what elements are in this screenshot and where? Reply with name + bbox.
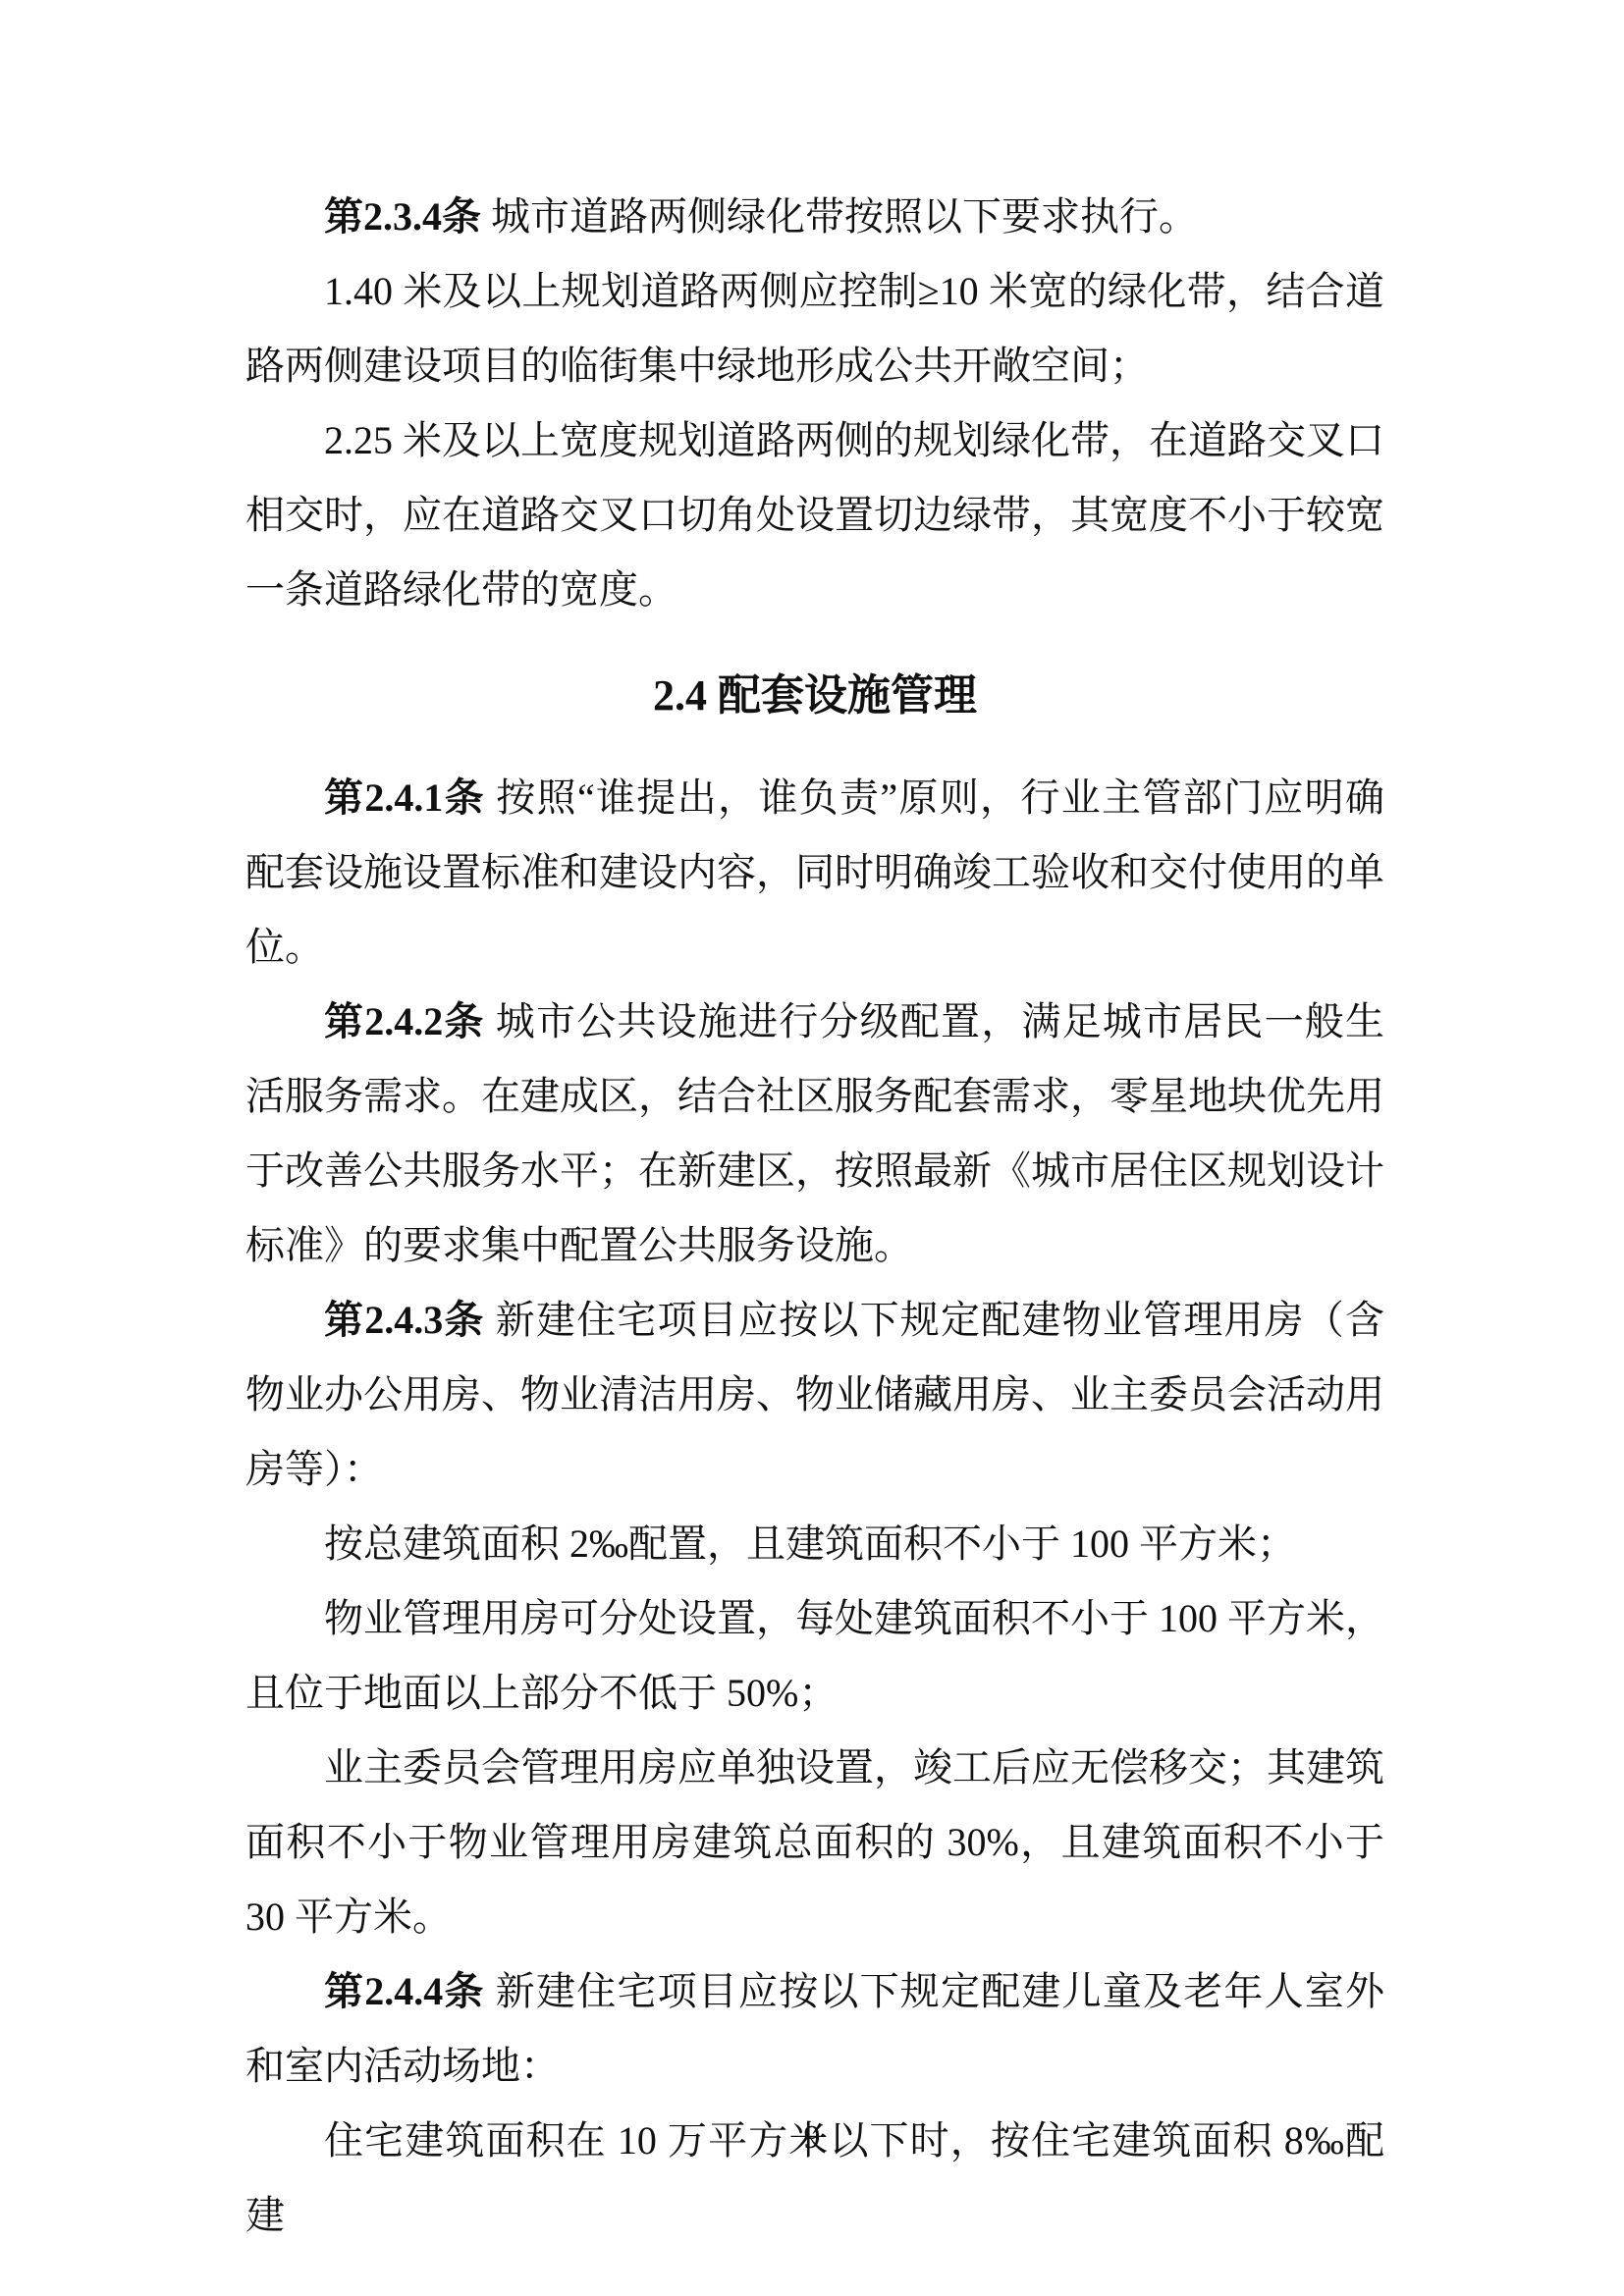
list-item-2: 2.25 米及以上宽度规划道路两侧的规划绿化带，在道路交叉口相交时，应在道路交叉… bbox=[245, 403, 1384, 627]
clause-text: 1.40 米及以上规划道路两侧应控制≥10 米宽的绿化带，结合道路两侧建设项目的… bbox=[245, 269, 1384, 388]
document-page: 第2.3.4条 城市道路两侧绿化带按照以下要求执行。 1.40 米及以上规划道路… bbox=[0, 0, 1624, 2296]
clause-paragraph-2-4-3: 第2.4.3条 新建住宅项目应按以下规定配建物业管理用房（含物业办公用房、物业清… bbox=[245, 1283, 1384, 1507]
clause-number: 第2.4.2条 bbox=[324, 999, 485, 1043]
clause-text: 业主委员会管理用房应单独设置，竣工后应无偿移交；其建筑面积不小于物业管理用房建筑… bbox=[245, 1745, 1384, 1939]
sub-item-area-ratio: 按总建筑面积 2‰配置，且建筑面积不小于 100 平方米； bbox=[245, 1507, 1384, 1581]
clause-number: 第2.4.1条 bbox=[324, 775, 485, 820]
sub-item-separate-location: 物业管理用房可分处设置，每处建筑面积不小于 100 平方米，且位于地面以上部分不… bbox=[245, 1581, 1384, 1731]
clause-paragraph-2-4-2: 第2.4.2条 城市公共设施进行分级配置，满足城市居民一般生活服务需求。在建成区… bbox=[245, 985, 1384, 1283]
clause-number: 第2.3.4条 bbox=[324, 194, 481, 239]
clause-paragraph-2-4-4: 第2.4.4条 新建住宅项目应按以下规定配建儿童及老年人室外和室内活动场地： bbox=[245, 1954, 1384, 2104]
section-heading: 2.4 配套设施管理 bbox=[245, 657, 1384, 735]
sub-item-owners-committee: 业主委员会管理用房应单独设置，竣工后应无偿移交；其建筑面积不小于物业管理用房建筑… bbox=[245, 1731, 1384, 1954]
clause-text: 城市道路两侧绿化带按照以下要求执行。 bbox=[481, 194, 1198, 239]
clause-text: 按总建筑面积 2‰配置，且建筑面积不小于 100 平方米； bbox=[324, 1522, 1296, 1566]
page-number: 9 bbox=[0, 2119, 1624, 2157]
clause-text: 2.25 米及以上宽度规划道路两侧的规划绿化带，在道路交叉口相交时，应在道路交叉… bbox=[245, 418, 1384, 612]
clause-number: 第2.4.3条 bbox=[324, 1298, 485, 1342]
clause-number: 第2.4.4条 bbox=[324, 1969, 485, 2013]
clause-text: 物业管理用房可分处设置，每处建筑面积不小于 100 平方米，且位于地面以上部分不… bbox=[245, 1596, 1384, 1715]
clause-paragraph-2-4-1: 第2.4.1条 按照“谁提出，谁负责”原则，行业主管部门应明确配套设施设置标准和… bbox=[245, 761, 1384, 985]
list-item-1: 1.40 米及以上规划道路两侧应控制≥10 米宽的绿化带，结合道路两侧建设项目的… bbox=[245, 254, 1384, 403]
page-content: 第2.3.4条 城市道路两侧绿化带按照以下要求执行。 1.40 米及以上规划道路… bbox=[0, 0, 1624, 2253]
clause-paragraph-2-3-4: 第2.3.4条 城市道路两侧绿化带按照以下要求执行。 bbox=[245, 180, 1384, 254]
